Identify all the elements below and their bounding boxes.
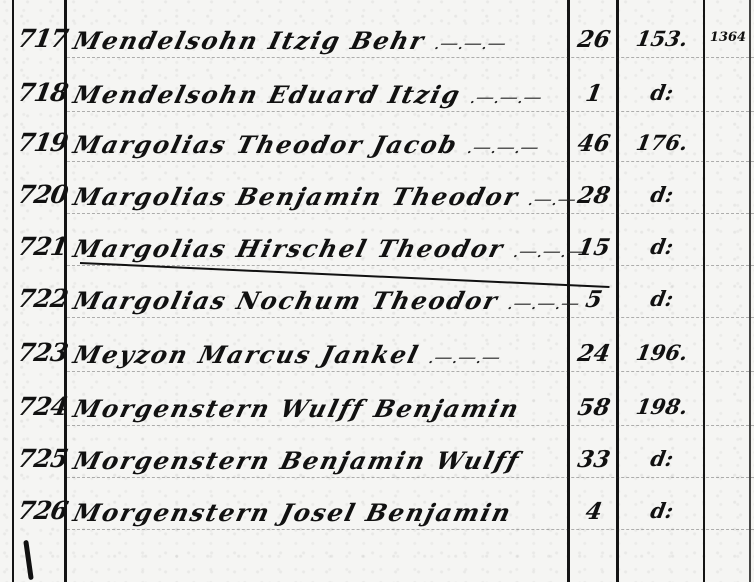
entry-reference: d: [620,182,704,207]
entry-note: 1364 [706,30,750,45]
entry-name: Mendelsohn Itzig Behr .—.—.— [70,26,510,55]
entry-reference: d: [620,498,704,523]
register-row: 721 Margolias Hirschel Theodor .—.—.— 15… [0,230,754,272]
row-rule [67,371,754,372]
entry-age: 24 [570,340,619,367]
entry-name: Margolias Benjamin Theodor .—.— [70,182,580,211]
entry-age: 15 [570,234,619,261]
register-row: 717 Mendelsohn Itzig Behr .—.—.— 26 153.… [0,22,754,64]
register-row: 722 Margolias Nochum Theodor .—.—.— 5 d: [0,282,754,324]
register-row: 726 Morgenstern Josel Benjamin 4 d: [0,494,754,536]
entry-reference: d: [620,80,704,105]
row-rule [67,425,754,426]
row-rule [67,57,754,58]
entry-reference: 153. [620,26,704,51]
entry-name: Morgenstern Josel Benjamin [70,498,515,527]
entry-age: 28 [570,182,619,209]
entry-age: 33 [570,446,619,473]
row-rule [67,213,754,214]
row-rule [67,317,754,318]
entry-age: 4 [570,498,619,525]
entry-age: 58 [570,394,619,421]
entry-name: Meyzon Marcus Jankel .—.—.— [70,340,504,369]
row-rule [67,111,754,112]
entry-reference: d: [620,286,704,311]
entry-number: 717 [15,24,66,53]
entry-name: Mendelsohn Eduard Itzig .—.—.— [70,80,546,109]
entry-number: 723 [15,338,66,367]
entry-number: 724 [15,392,66,421]
register-row: 723 Meyzon Marcus Jankel .—.—.— 24 196. [0,336,754,378]
row-rule [67,161,754,162]
entry-age: 5 [570,286,619,313]
register-page: 717 Mendelsohn Itzig Behr .—.—.— 26 153.… [0,0,754,582]
entry-age: 1 [570,80,619,107]
entry-number: 725 [15,444,66,473]
entry-age: 46 [570,130,619,157]
entry-name: Margolias Hirschel Theodor .—.—.— [70,234,589,263]
entry-name: Morgenstern Wulff Benjamin [70,394,523,423]
entry-number: 722 [15,284,66,313]
entry-reference: 198. [620,394,704,419]
register-row: 719 Margolias Theodor Jacob .—.—.— 46 17… [0,126,754,168]
row-rule [67,529,754,530]
register-row: 718 Mendelsohn Eduard Itzig .—.—.— 1 d: [0,76,754,118]
entry-reference: d: [620,234,704,259]
entry-name: Margolias Nochum Theodor .—.—.— [70,286,583,315]
register-row: 720 Margolias Benjamin Theodor .—.— 28 d… [0,178,754,220]
entry-number: 726 [15,496,66,525]
entry-number: 721 [15,232,66,261]
register-row: 725 Morgenstern Benjamin Wulff 33 d: [0,442,754,484]
entry-age: 26 [570,26,619,53]
ink-mark [23,540,34,580]
entry-number: 719 [15,128,66,157]
register-row: 724 Morgenstern Wulff Benjamin 58 198. [0,390,754,432]
entry-name: Morgenstern Benjamin Wulff [70,446,523,475]
entry-reference: 176. [620,130,704,155]
row-rule [67,477,754,478]
entry-reference: 196. [620,340,704,365]
entry-name: Margolias Theodor Jacob .—.—.— [70,130,543,159]
entry-reference: d: [620,446,704,471]
entry-number: 720 [15,180,66,209]
entry-number: 718 [15,78,66,107]
